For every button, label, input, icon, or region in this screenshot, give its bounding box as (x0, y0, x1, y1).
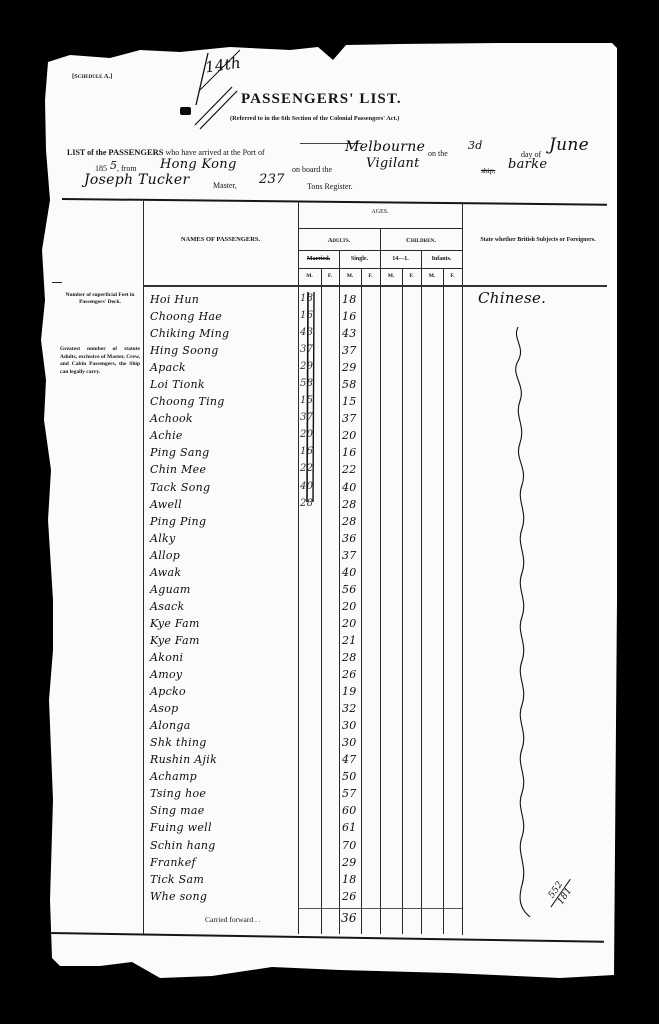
ages-header: AGES. (298, 209, 462, 215)
married-header: Married. (298, 256, 339, 262)
married-column-strike-marks-icon (298, 290, 324, 505)
passenger-name: Akoni (150, 651, 183, 664)
passenger-name: Asack (150, 600, 184, 613)
table-row: Schin hang 70 (143, 838, 463, 855)
passengers-list-page: [Schedule A.] 14th PASSENGERS' LIST. (Re… (0, 0, 659, 1024)
single-header: Single. (339, 256, 380, 262)
passenger-name: Apack (150, 361, 186, 374)
single-male-age: 29 (342, 361, 357, 374)
table-row: Awak 40 (143, 565, 463, 582)
document-scan-viewer: [Schedule A.] 14th PASSENGERS' LIST. (Re… (0, 0, 659, 1024)
origin-value: Hong Kong (160, 157, 237, 172)
single-male-age: 50 (342, 770, 357, 783)
vessel-type-value: barke (508, 157, 547, 172)
header-bottom-rule (143, 285, 607, 287)
passenger-name: Tsing hoe (150, 787, 206, 800)
table-row: Apcko 19 (143, 684, 463, 701)
children-header: Children. (380, 237, 462, 244)
table-row: Akoni 28 (143, 650, 463, 667)
passenger-name: Amoy (150, 668, 182, 681)
line1-middle: who have arrived at the Port of (164, 148, 265, 157)
on-board-label: on board the (292, 165, 332, 174)
line1-passengers-word: PASSENGERS (108, 147, 163, 157)
master-name-value: Joseph Tucker (84, 172, 190, 188)
single-male-age: 20 (342, 429, 357, 442)
single-male-age: 61 (342, 821, 357, 834)
single-male-age: 36 (342, 532, 357, 545)
fourteen-one-header: 14—1. (380, 256, 421, 262)
table-row: Amoy 26 (143, 667, 463, 684)
table-row: Achamp 50 (143, 769, 463, 786)
single-male-age: 70 (342, 839, 357, 852)
month-value: June (549, 135, 589, 155)
ship-struck-label: ship, (481, 166, 495, 175)
passenger-name: Ping Ping (150, 515, 206, 528)
table-row: Asack 20 (143, 599, 463, 616)
passenger-name: Asop (150, 702, 178, 715)
single-f-header: F. (361, 273, 380, 279)
line1-prefix: LIST of the (67, 148, 108, 157)
passenger-name: Sing mae (150, 804, 205, 817)
passenger-name: Rushin Ajik (150, 753, 217, 766)
passenger-name: Choong Hae (150, 310, 222, 323)
passenger-name: Frankef (150, 856, 196, 869)
carried-forward-value: 36 (341, 911, 357, 925)
adults-header: Adults. (298, 237, 380, 244)
single-male-age: 15 (342, 395, 357, 408)
single-male-age: 47 (342, 753, 357, 766)
table-row: Kye Fam 20 (143, 616, 463, 633)
table-row: Sing mae 60 (143, 803, 463, 820)
table-row: Alonga 30 (143, 718, 463, 735)
children-m-header: M. (380, 273, 402, 279)
passenger-name: Hing Soong (150, 344, 219, 357)
single-male-age: 43 (342, 327, 357, 340)
passenger-name: Loi Tionk (150, 378, 205, 391)
table-row: Rushin Ajik 47 (143, 752, 463, 769)
single-male-age: 22 (342, 463, 357, 476)
single-male-age: 40 (342, 481, 357, 494)
infants-m-header: M. (421, 273, 443, 279)
single-male-age: 37 (342, 549, 357, 562)
single-m-header: M. (339, 273, 361, 279)
single-male-age: 30 (342, 736, 357, 749)
married-m-header: M. (298, 273, 321, 279)
master-label: Master, (213, 181, 237, 190)
table-row: Fuing well 61 (143, 820, 463, 837)
superficial-feet-label: Number of superficial Feet in Passengers… (60, 292, 140, 306)
single-male-age: 28 (342, 515, 357, 528)
passenger-name: Kye Fam (150, 617, 200, 630)
single-male-age: 18 (342, 293, 357, 306)
passenger-name: Allop (150, 549, 180, 562)
passenger-name: Fuing well (150, 821, 212, 834)
single-male-age: 30 (342, 719, 357, 732)
carried-forward-label: Carried forward . . (205, 915, 261, 924)
nationality-value: Chinese. (478, 289, 546, 307)
single-male-age: 60 (342, 804, 357, 817)
passenger-name: Aguam (150, 583, 191, 596)
passenger-name: Hoi Hun (150, 293, 199, 306)
single-male-age: 28 (342, 651, 357, 664)
table-row: Kye Fam 21 (143, 633, 463, 650)
single-male-age: 57 (342, 787, 357, 800)
children-f-header: F. (402, 273, 421, 279)
single-male-age: 58 (342, 378, 357, 391)
passenger-name: Alky (150, 532, 176, 545)
single-male-age: 19 (342, 685, 357, 698)
carried-forward-rule (298, 908, 462, 909)
table-row: Shk thing 30 (143, 735, 463, 752)
tons-register-label: Tons Register. (307, 182, 353, 191)
passenger-name: Awak (150, 566, 181, 579)
infants-f-header: F. (443, 273, 462, 279)
page-subtitle: (Referred to in the 6th Section of the C… (230, 115, 399, 122)
single-male-age: 16 (342, 310, 357, 323)
line1-text: LIST of the PASSENGERS who have arrived … (67, 147, 265, 157)
schedule-label: [Schedule A.] (72, 73, 112, 80)
single-male-age: 20 (342, 617, 357, 630)
passenger-name: Tack Song (150, 481, 210, 494)
table-row: Tsing hoe 57 (143, 786, 463, 803)
page-title: PASSENGERS' LIST. (241, 91, 402, 108)
table-row: Tick Sam 18 (143, 872, 463, 889)
table-row: Alky 36 (143, 531, 463, 548)
day-value: 3d (468, 139, 483, 152)
single-male-age: 40 (342, 566, 357, 579)
single-male-age: 56 (342, 583, 357, 596)
single-male-age: 29 (342, 856, 357, 869)
passenger-name: Achook (150, 412, 193, 425)
married-f-header: F. (321, 273, 339, 279)
passenger-name: Schin hang (150, 839, 216, 852)
single-male-age: 21 (342, 634, 357, 647)
single-male-age: 37 (342, 344, 357, 357)
passenger-name: Achie (150, 429, 183, 442)
single-male-age: 37 (342, 412, 357, 425)
table-row: Asop 32 (143, 701, 463, 718)
table-row: Aguam 56 (143, 582, 463, 599)
passenger-name: Chin Mee (150, 463, 206, 476)
single-male-age: 20 (342, 600, 357, 613)
passenger-name: Alonga (150, 719, 191, 732)
single-male-age: 32 (342, 702, 357, 715)
corner-annotation: 552 181 (542, 860, 603, 924)
nationality-header: State whether British Subjects or Foreig… (468, 236, 608, 244)
passenger-name: Chiking Ming (150, 327, 229, 340)
single-male-age: 26 (342, 668, 357, 681)
single-male-age: 18 (342, 873, 357, 886)
ditto-bracket-line-icon (500, 325, 540, 920)
passenger-name: Tick Sam (150, 873, 204, 886)
margin-tick-mark (52, 282, 62, 283)
tons-value: 237 (259, 172, 285, 187)
passenger-name: Apcko (150, 685, 186, 698)
table-row: Allop 37 (143, 548, 463, 565)
infants-header: Infants. (421, 256, 462, 262)
single-male-age: 26 (342, 890, 357, 903)
passenger-name: Whe song (150, 890, 207, 903)
table-row: Ping Ping 28 (143, 514, 463, 531)
single-male-age: 28 (342, 498, 357, 511)
passenger-name: Kye Fam (150, 634, 200, 647)
passenger-name: Awell (150, 498, 182, 511)
table-bottom-rule (48, 932, 604, 943)
on-the-label: on the (428, 149, 448, 158)
table-row: Whe song 26 (143, 889, 463, 906)
table-row: Frankef 29 (143, 855, 463, 872)
passenger-name: Achamp (150, 770, 197, 783)
vessel-value: Vigilant (366, 156, 420, 171)
statute-adults-label: Greatest number of statute Adults, exclu… (60, 346, 140, 376)
single-male-age: 16 (342, 446, 357, 459)
passenger-name: Choong Ting (150, 395, 225, 408)
passenger-name: Shk thing (150, 736, 207, 749)
port-value: Melbourne (345, 139, 425, 155)
passenger-name: Ping Sang (150, 446, 209, 459)
names-header: NAMES OF PASSENGERS. (143, 236, 298, 243)
